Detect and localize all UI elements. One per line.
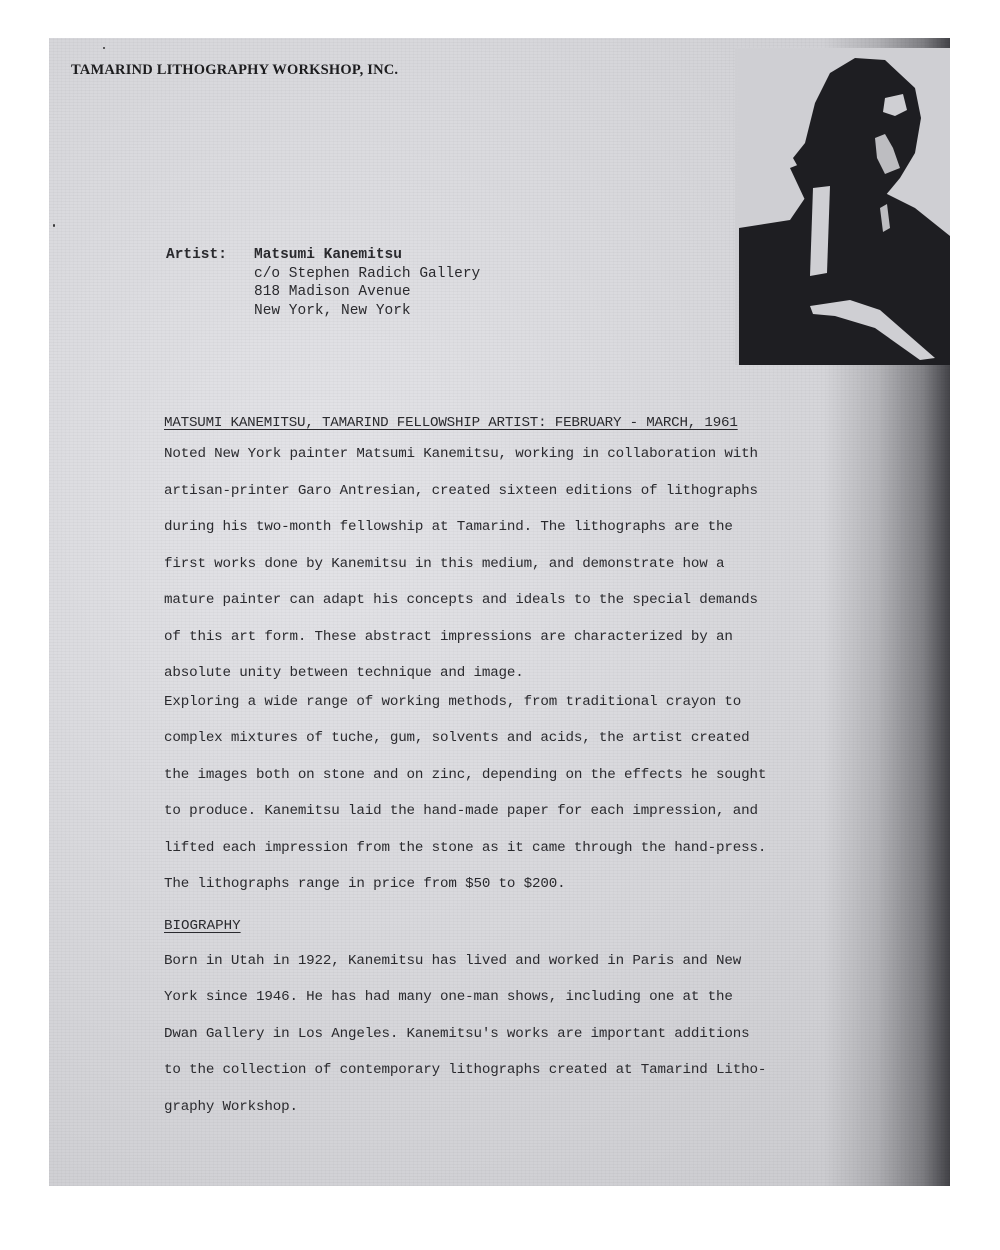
artist-name: Matsumi Kanemitsu xyxy=(254,246,480,265)
text-line: artisan-printer Garo Antresian, created … xyxy=(164,473,864,510)
text-line: during his two-month fellowship at Tamar… xyxy=(164,509,864,546)
text-line: Noted New York painter Matsumi Kanemitsu… xyxy=(164,436,864,473)
biography-heading: BIOGRAPHY xyxy=(164,911,241,941)
address-line-city: New York, New York xyxy=(254,302,480,321)
text-line: first works done by Kanemitsu in this me… xyxy=(164,546,864,583)
text-line: Dwan Gallery in Los Angeles. Kanemitsu's… xyxy=(164,1016,864,1053)
text-line: York since 1946. He has had many one-man… xyxy=(164,979,864,1016)
address-line-care-of: c/o Stephen Radich Gallery xyxy=(254,265,480,284)
fellowship-paragraph-1: Noted New York painter Matsumi Kanemitsu… xyxy=(164,436,864,692)
ink-speck xyxy=(103,47,105,49)
text-line: The lithographs range in price from $50 … xyxy=(164,866,864,903)
text-line: Born in Utah in 1922, Kanemitsu has live… xyxy=(164,943,864,980)
letterhead: TAMARIND LITHOGRAPHY WORKSHOP, INC. xyxy=(71,62,398,80)
text-line: the images both on stone and on zinc, de… xyxy=(164,757,864,794)
artist-address-lines: Matsumi Kanemitsu c/o Stephen Radich Gal… xyxy=(254,246,480,320)
fellowship-paragraph-2: Exploring a wide range of working method… xyxy=(164,684,864,903)
artist-address-block: Artist: Matsumi Kanemitsu c/o Stephen Ra… xyxy=(166,246,480,320)
text-line: lifted each impression from the stone as… xyxy=(164,830,864,867)
ink-speck xyxy=(53,224,55,227)
text-line: Exploring a wide range of working method… xyxy=(164,684,864,721)
text-line: mature painter can adapt his concepts an… xyxy=(164,582,864,619)
text-line: to the collection of contemporary lithog… xyxy=(164,1052,864,1089)
scanned-document-page: TAMARIND LITHOGRAPHY WORKSHOP, INC. Arti… xyxy=(49,38,950,1186)
document-body: MATSUMI KANEMITSU, TAMARIND FELLOWSHIP A… xyxy=(164,410,864,1125)
artist-label: Artist: xyxy=(166,246,254,320)
text-line: graphy Workshop. xyxy=(164,1089,864,1126)
portrait-silhouette-icon xyxy=(735,48,950,365)
address-line-street: 818 Madison Avenue xyxy=(254,283,480,302)
biography-paragraph: Born in Utah in 1922, Kanemitsu has live… xyxy=(164,943,864,1126)
text-line: to produce. Kanemitsu laid the hand-made… xyxy=(164,793,864,830)
artist-portrait-photo xyxy=(735,48,950,365)
text-line: complex mixtures of tuche, gum, solvents… xyxy=(164,720,864,757)
text-line: of this art form. These abstract impress… xyxy=(164,619,864,656)
fellowship-heading: MATSUMI KANEMITSU, TAMARIND FELLOWSHIP A… xyxy=(164,410,864,436)
